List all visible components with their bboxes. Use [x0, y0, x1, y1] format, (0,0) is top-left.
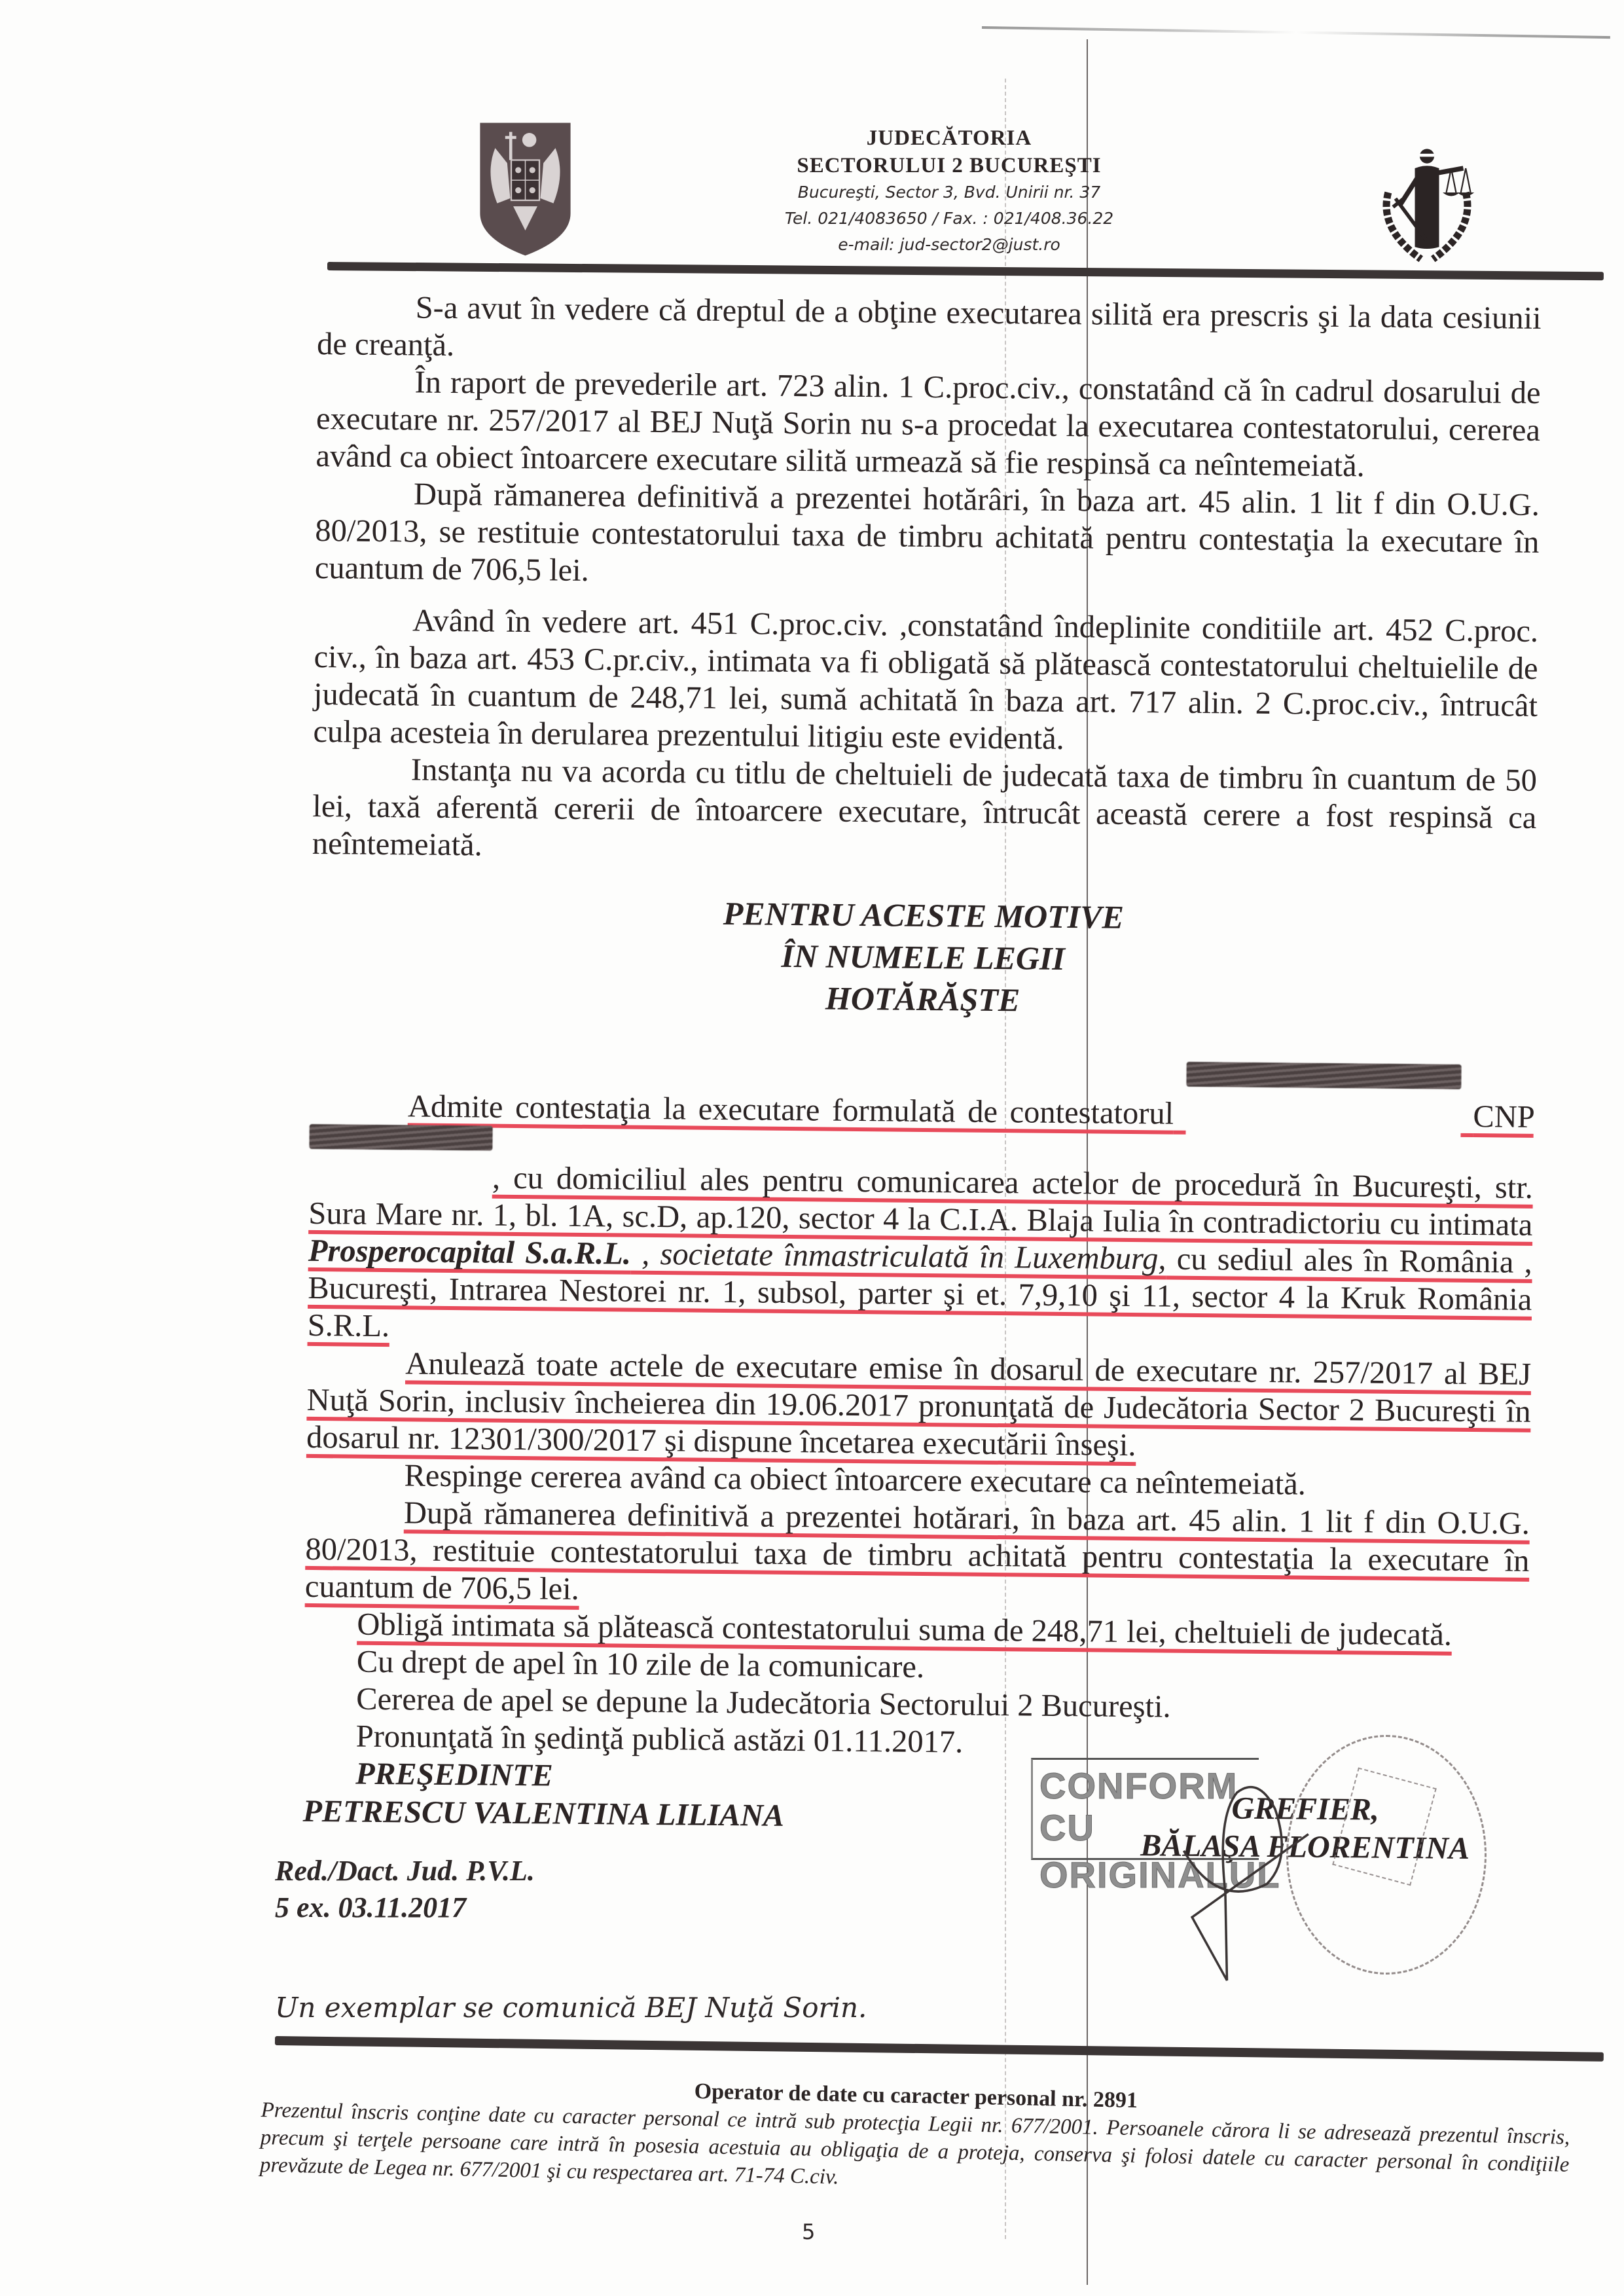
- reasoning-paragraph: Având în vedere art. 451 C.proc.civ. ,co…: [313, 601, 1538, 762]
- reasoning-paragraph: S-a avut în vedere că dreptul de a obţin…: [317, 288, 1542, 374]
- letterhead: JUDECĂTORIA SECTORULUI 2 BUCUREŞTI Bucur…: [0, 98, 1624, 282]
- copies-note: 5 ex. 03.11.2017: [275, 1889, 867, 1926]
- footer-divider: [275, 2036, 1604, 2062]
- footer-notes: Red./Dact. Jud. P.V.L. 5 ex. 03.11.2017 …: [275, 1853, 867, 2024]
- closing-block: Obligă intimata să plătească contestator…: [303, 1605, 1528, 1766]
- court-address: Bucureşti, Sector 3, Bvd. Unirii nr. 37: [720, 179, 1178, 206]
- redacted-cnp: [redacted CNP]: [309, 1124, 492, 1151]
- redactare-note: Red./Dact. Jud. P.V.L.: [275, 1853, 867, 1889]
- respondent-registration: , societate înmastriculată în Luxemburg,: [631, 1237, 1166, 1277]
- redacted-name: [redacted name]: [1186, 1062, 1461, 1089]
- admite-address-text: , cu domiciliul ales pentru comunicarea …: [308, 1161, 1533, 1243]
- admite-paragraph: Admite contestaţia la executare formulat…: [308, 1053, 1534, 1356]
- reasoning-paragraph: După rămanerea definitivă a prezentei ho…: [315, 475, 1540, 598]
- dispositive-heading: PENTRU ACESTE MOTIVE ÎN NUMELE LEGII HOT…: [310, 888, 1536, 1026]
- reasoning-paragraph: În raport de prevederile art. 723 alin. …: [316, 363, 1541, 486]
- court-name-line1: JUDECĂTORIA: [720, 124, 1178, 152]
- document-page: JUDECĂTORIA SECTORULUI 2 BUCUREŞTI Bucur…: [0, 0, 1624, 2296]
- admite-text: Admite contestaţia la executare formulat…: [408, 1089, 1174, 1131]
- justice-emblem-icon: [1365, 144, 1489, 265]
- seal-shield-icon: [1332, 1768, 1437, 1886]
- court-phone-fax: Tel. 021/4083650 / Fax. : 021/408.36.22: [720, 206, 1178, 232]
- reasoning-paragraph: Instanţa nu va acorda cu titlu de cheltu…: [312, 750, 1538, 874]
- communication-note: Un exemplar se comunică BEJ Nuţă Sorin.: [275, 1992, 867, 2024]
- cnp-label: CNP: [1473, 1099, 1534, 1135]
- data-operator-notice: Operator de date cu caracter personal nr…: [259, 2069, 1570, 2206]
- court-email: e-mail: jud-sector2@just.ro: [720, 232, 1178, 258]
- round-court-seal-icon: [1286, 1735, 1487, 1975]
- respondent-name: Prosperocapital S.a.R.L.: [308, 1233, 632, 1271]
- judgment-body: S-a avut în vedere că dreptul de a obţin…: [302, 288, 1542, 1865]
- president-role: PREŞEDINTE: [303, 1755, 785, 1797]
- president-name: PETRESCU VALENTINA LILIANA: [302, 1793, 784, 1835]
- anuleaza-paragraph: Anulează toate actele de executare emise…: [306, 1344, 1532, 1468]
- president-signature: PREŞEDINTE PETRESCU VALENTINA LILIANA: [302, 1755, 784, 1835]
- coat-of-arms-icon: [475, 118, 576, 259]
- court-header: JUDECĂTORIA SECTORULUI 2 BUCUREŞTI Bucur…: [720, 124, 1178, 258]
- page-number: 5: [802, 2219, 815, 2244]
- restituie-paragraph: După rămanerea definitivă a prezentei ho…: [305, 1493, 1530, 1617]
- court-name-line2: SECTORULUI 2 BUCUREŞTI: [720, 152, 1178, 179]
- scan-top-edge: [982, 26, 1610, 39]
